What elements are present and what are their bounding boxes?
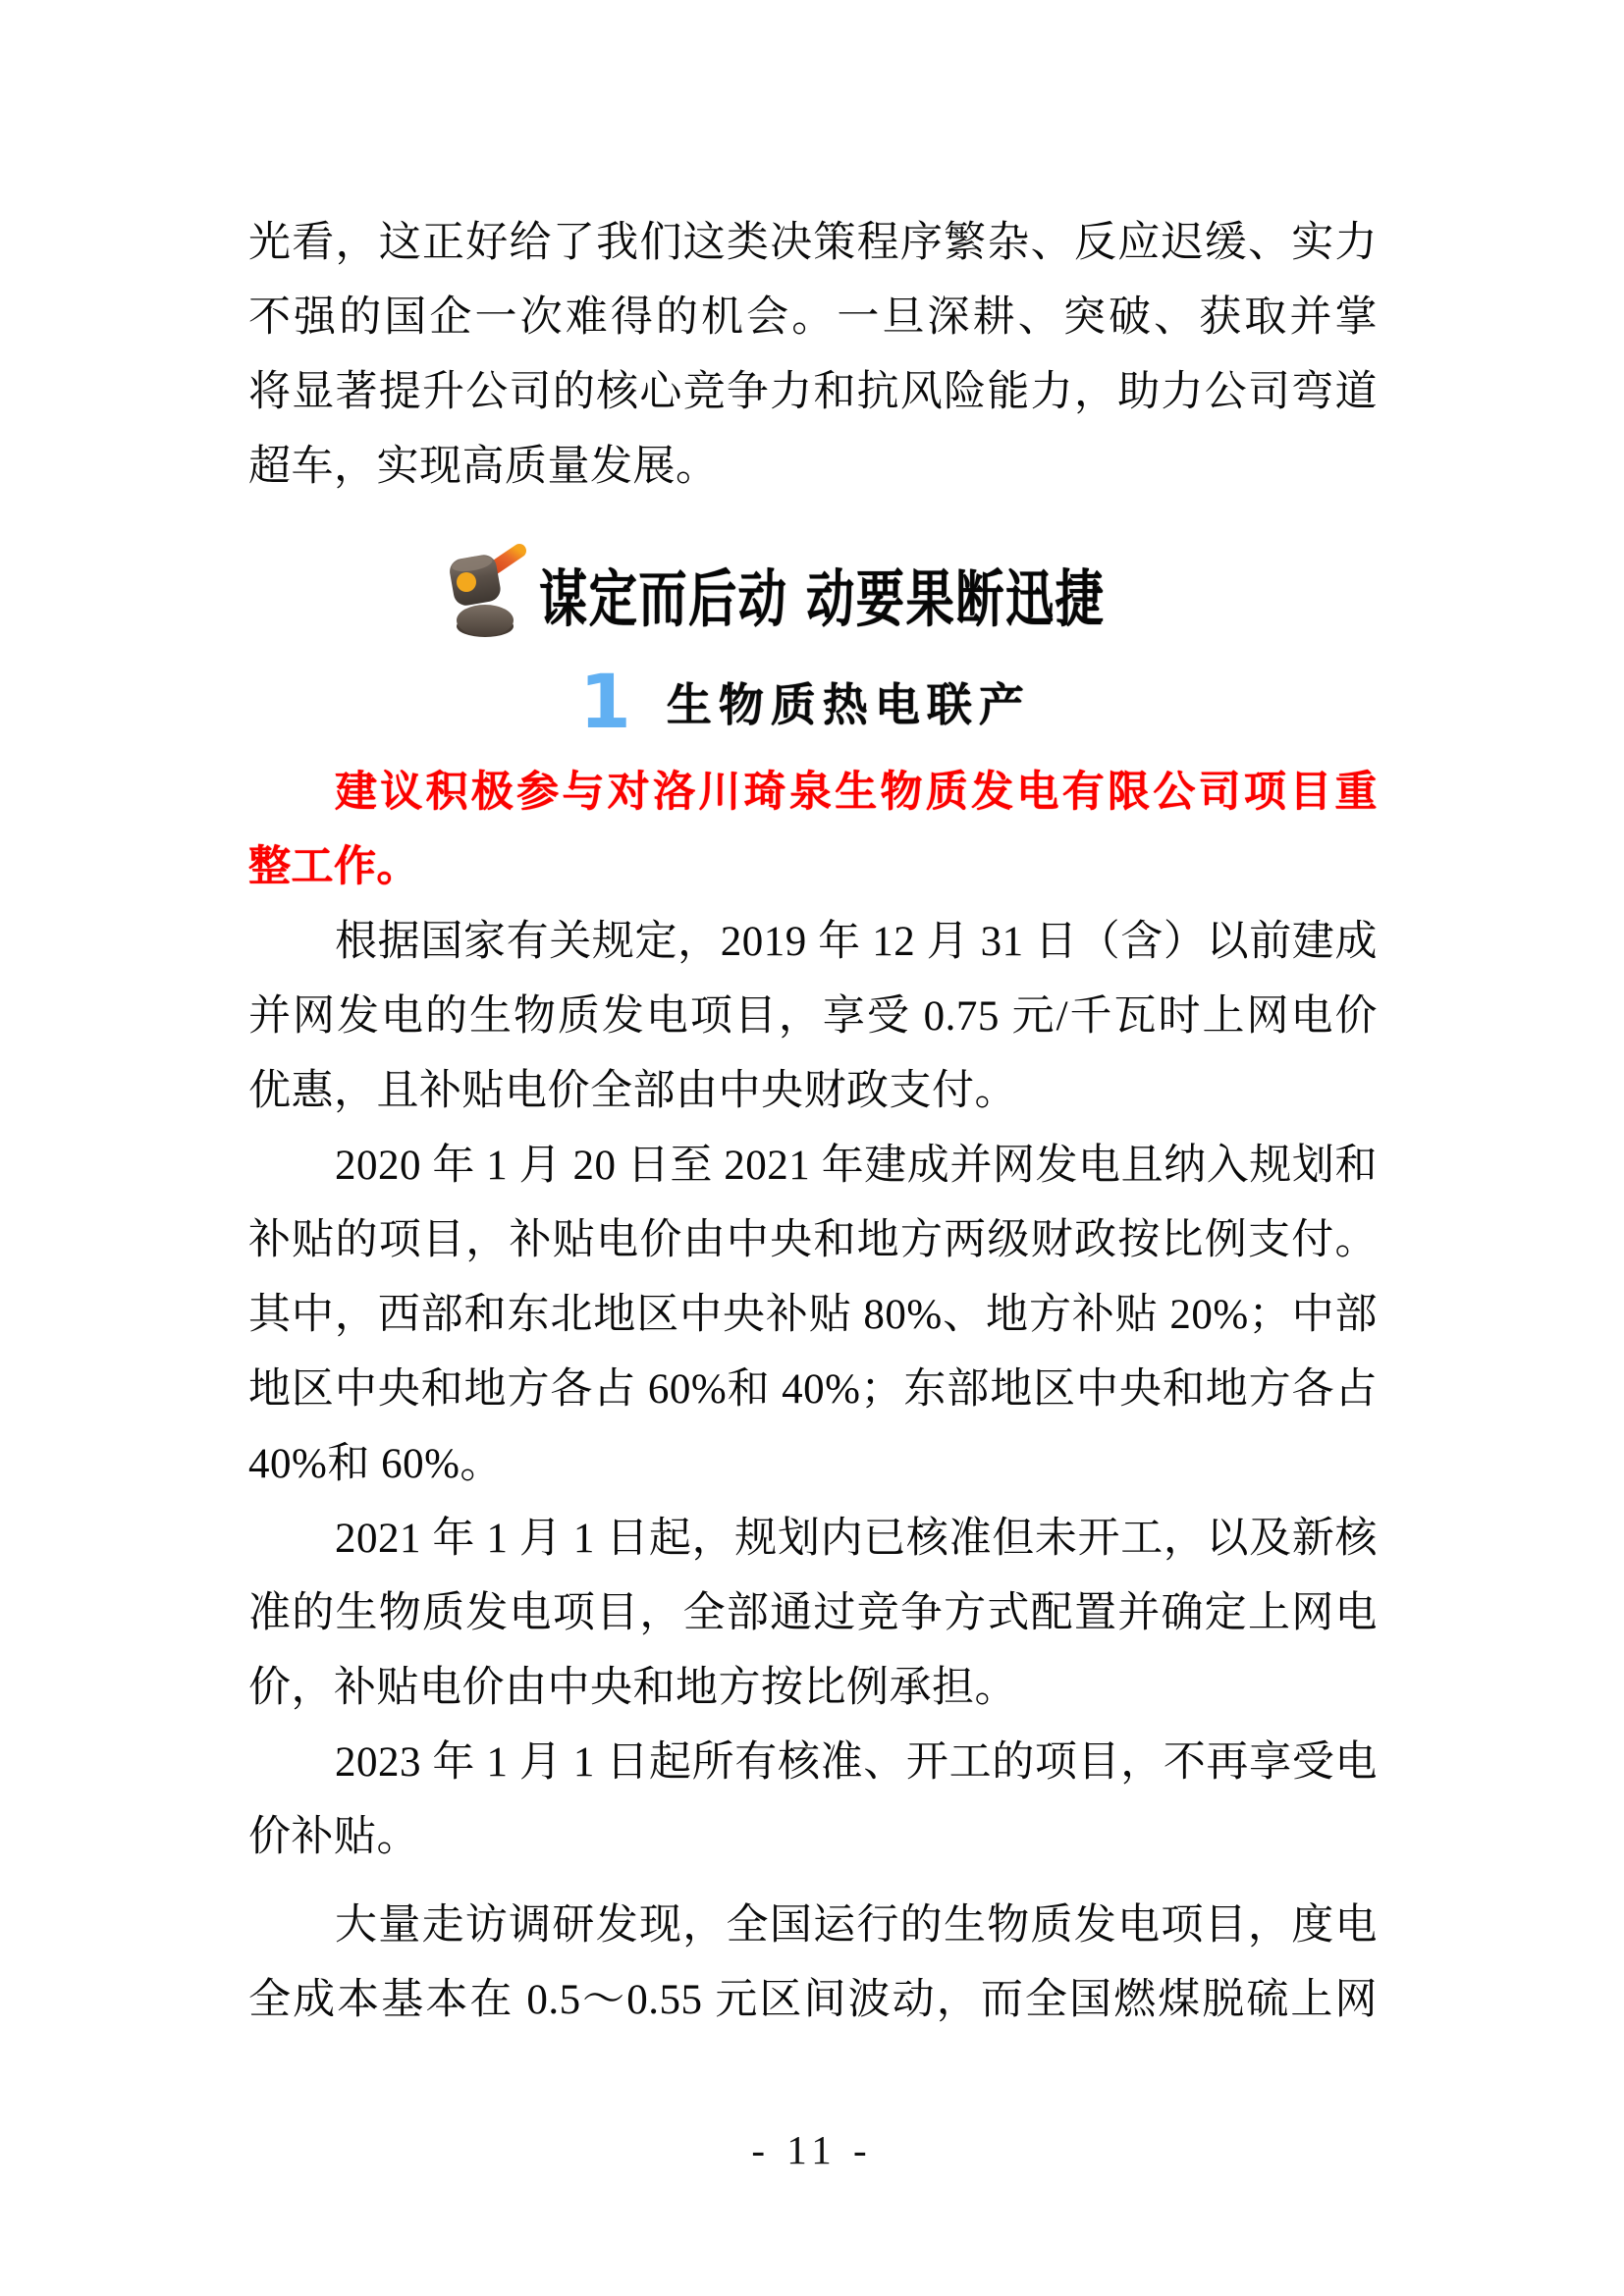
text-line: 大量走访调研发现，全国运行的生物质发电项目，度电 — [248, 1889, 1378, 1963]
section-banner: 谋定而后动 动要果断迅捷 — [248, 540, 1378, 648]
page-number: - 11 - — [0, 2120, 1624, 2179]
text-line: 根据国家有关规定，2019 年 12 月 31 日（含）以前建成 — [248, 905, 1378, 980]
text-line: 建议积极参与对洛川琦泉生物质发电有限公司项目重 — [248, 756, 1378, 830]
gavel-icon — [439, 542, 529, 647]
body-paragraph: 大量走访调研发现，全国运行的生物质发电项目，度电 全成本基本在 0.5～0.55… — [248, 1889, 1378, 2038]
text-line: 地区中央和地方各占 60%和 40%；东部地区中央和地方各占 — [248, 1353, 1378, 1427]
text-line: 光看，这正好给了我们这类决策程序繁杂、反应迟缓、实力 — [248, 206, 1378, 281]
text-line: 2023 年 1 月 1 日起所有核准、开工的项目，不再享受电 — [248, 1726, 1378, 1800]
subsection-title: 生物质热电联产 — [667, 669, 1031, 734]
text-line: 补贴的项目，补贴电价由中央和地方两级财政按比例支付。 — [248, 1203, 1378, 1278]
text-line: 价，补贴电价由中央和地方按比例承担。 — [248, 1651, 1378, 1726]
text-line: 整工作。 — [248, 830, 1378, 905]
text-line: 全成本基本在 0.5～0.55 元区间波动，而全国燃煤脱硫上网 — [248, 1963, 1378, 2038]
subsection-number: 1 — [579, 665, 631, 739]
text-line: 2021 年 1 月 1 日起，规划内已核准但未开工，以及新核 — [248, 1502, 1378, 1576]
body-paragraph: 2021 年 1 月 1 日起，规划内已核准但未开工，以及新核 准的生物质发电项… — [248, 1502, 1378, 1726]
text-line: 2020 年 1 月 20 日至 2021 年建成并网发电且纳入规划和 — [248, 1129, 1378, 1203]
text-line: 将显著提升公司的核心竞争力和抗风险能力，助力公司弯道 — [248, 355, 1378, 430]
text-line: 超车，实现高质量发展。 — [248, 430, 1378, 505]
text-line: 并网发电的生物质发电项目，享受 0.75 元/千瓦时上网电价 — [248, 980, 1378, 1054]
body-paragraph: 2020 年 1 月 20 日至 2021 年建成并网发电且纳入规划和 补贴的项… — [248, 1129, 1378, 1502]
intro-paragraph: 光看，这正好给了我们这类决策程序繁杂、反应迟缓、实力 不强的国企一次难得的机会。… — [248, 206, 1378, 505]
text-line: 优惠，且补贴电价全部由中央财政支付。 — [248, 1054, 1378, 1129]
section-banner-title: 谋定而后动 动要果断迅捷 — [539, 550, 1105, 639]
body-paragraph: 2023 年 1 月 1 日起所有核准、开工的项目，不再享受电 价补贴。 — [248, 1726, 1378, 1875]
text-line: 不强的国企一次难得的机会。一旦深耕、突破、获取并掌控， — [248, 281, 1378, 355]
document-page: 光看，这正好给了我们这类决策程序繁杂、反应迟缓、实力 不强的国企一次难得的机会。… — [0, 0, 1624, 2296]
text-line: 其中，西部和东北地区中央补贴 80%、地方补贴 20%；中部 — [248, 1278, 1378, 1353]
text-line: 准的生物质发电项目，全部通过竞争方式配置并确定上网电 — [248, 1576, 1378, 1651]
page-content: 光看，这正好给了我们这类决策程序繁杂、反应迟缓、实力 不强的国企一次难得的机会。… — [248, 206, 1378, 2038]
text-line: 40%和 60%。 — [248, 1427, 1378, 1502]
recommendation-paragraph: 建议积极参与对洛川琦泉生物质发电有限公司项目重 整工作。 — [248, 756, 1378, 905]
subsection-heading: 1 生物质热电联产 — [248, 648, 1378, 756]
body-paragraph: 根据国家有关规定，2019 年 12 月 31 日（含）以前建成 并网发电的生物… — [248, 905, 1378, 1129]
text-line: 价补贴。 — [248, 1800, 1378, 1875]
